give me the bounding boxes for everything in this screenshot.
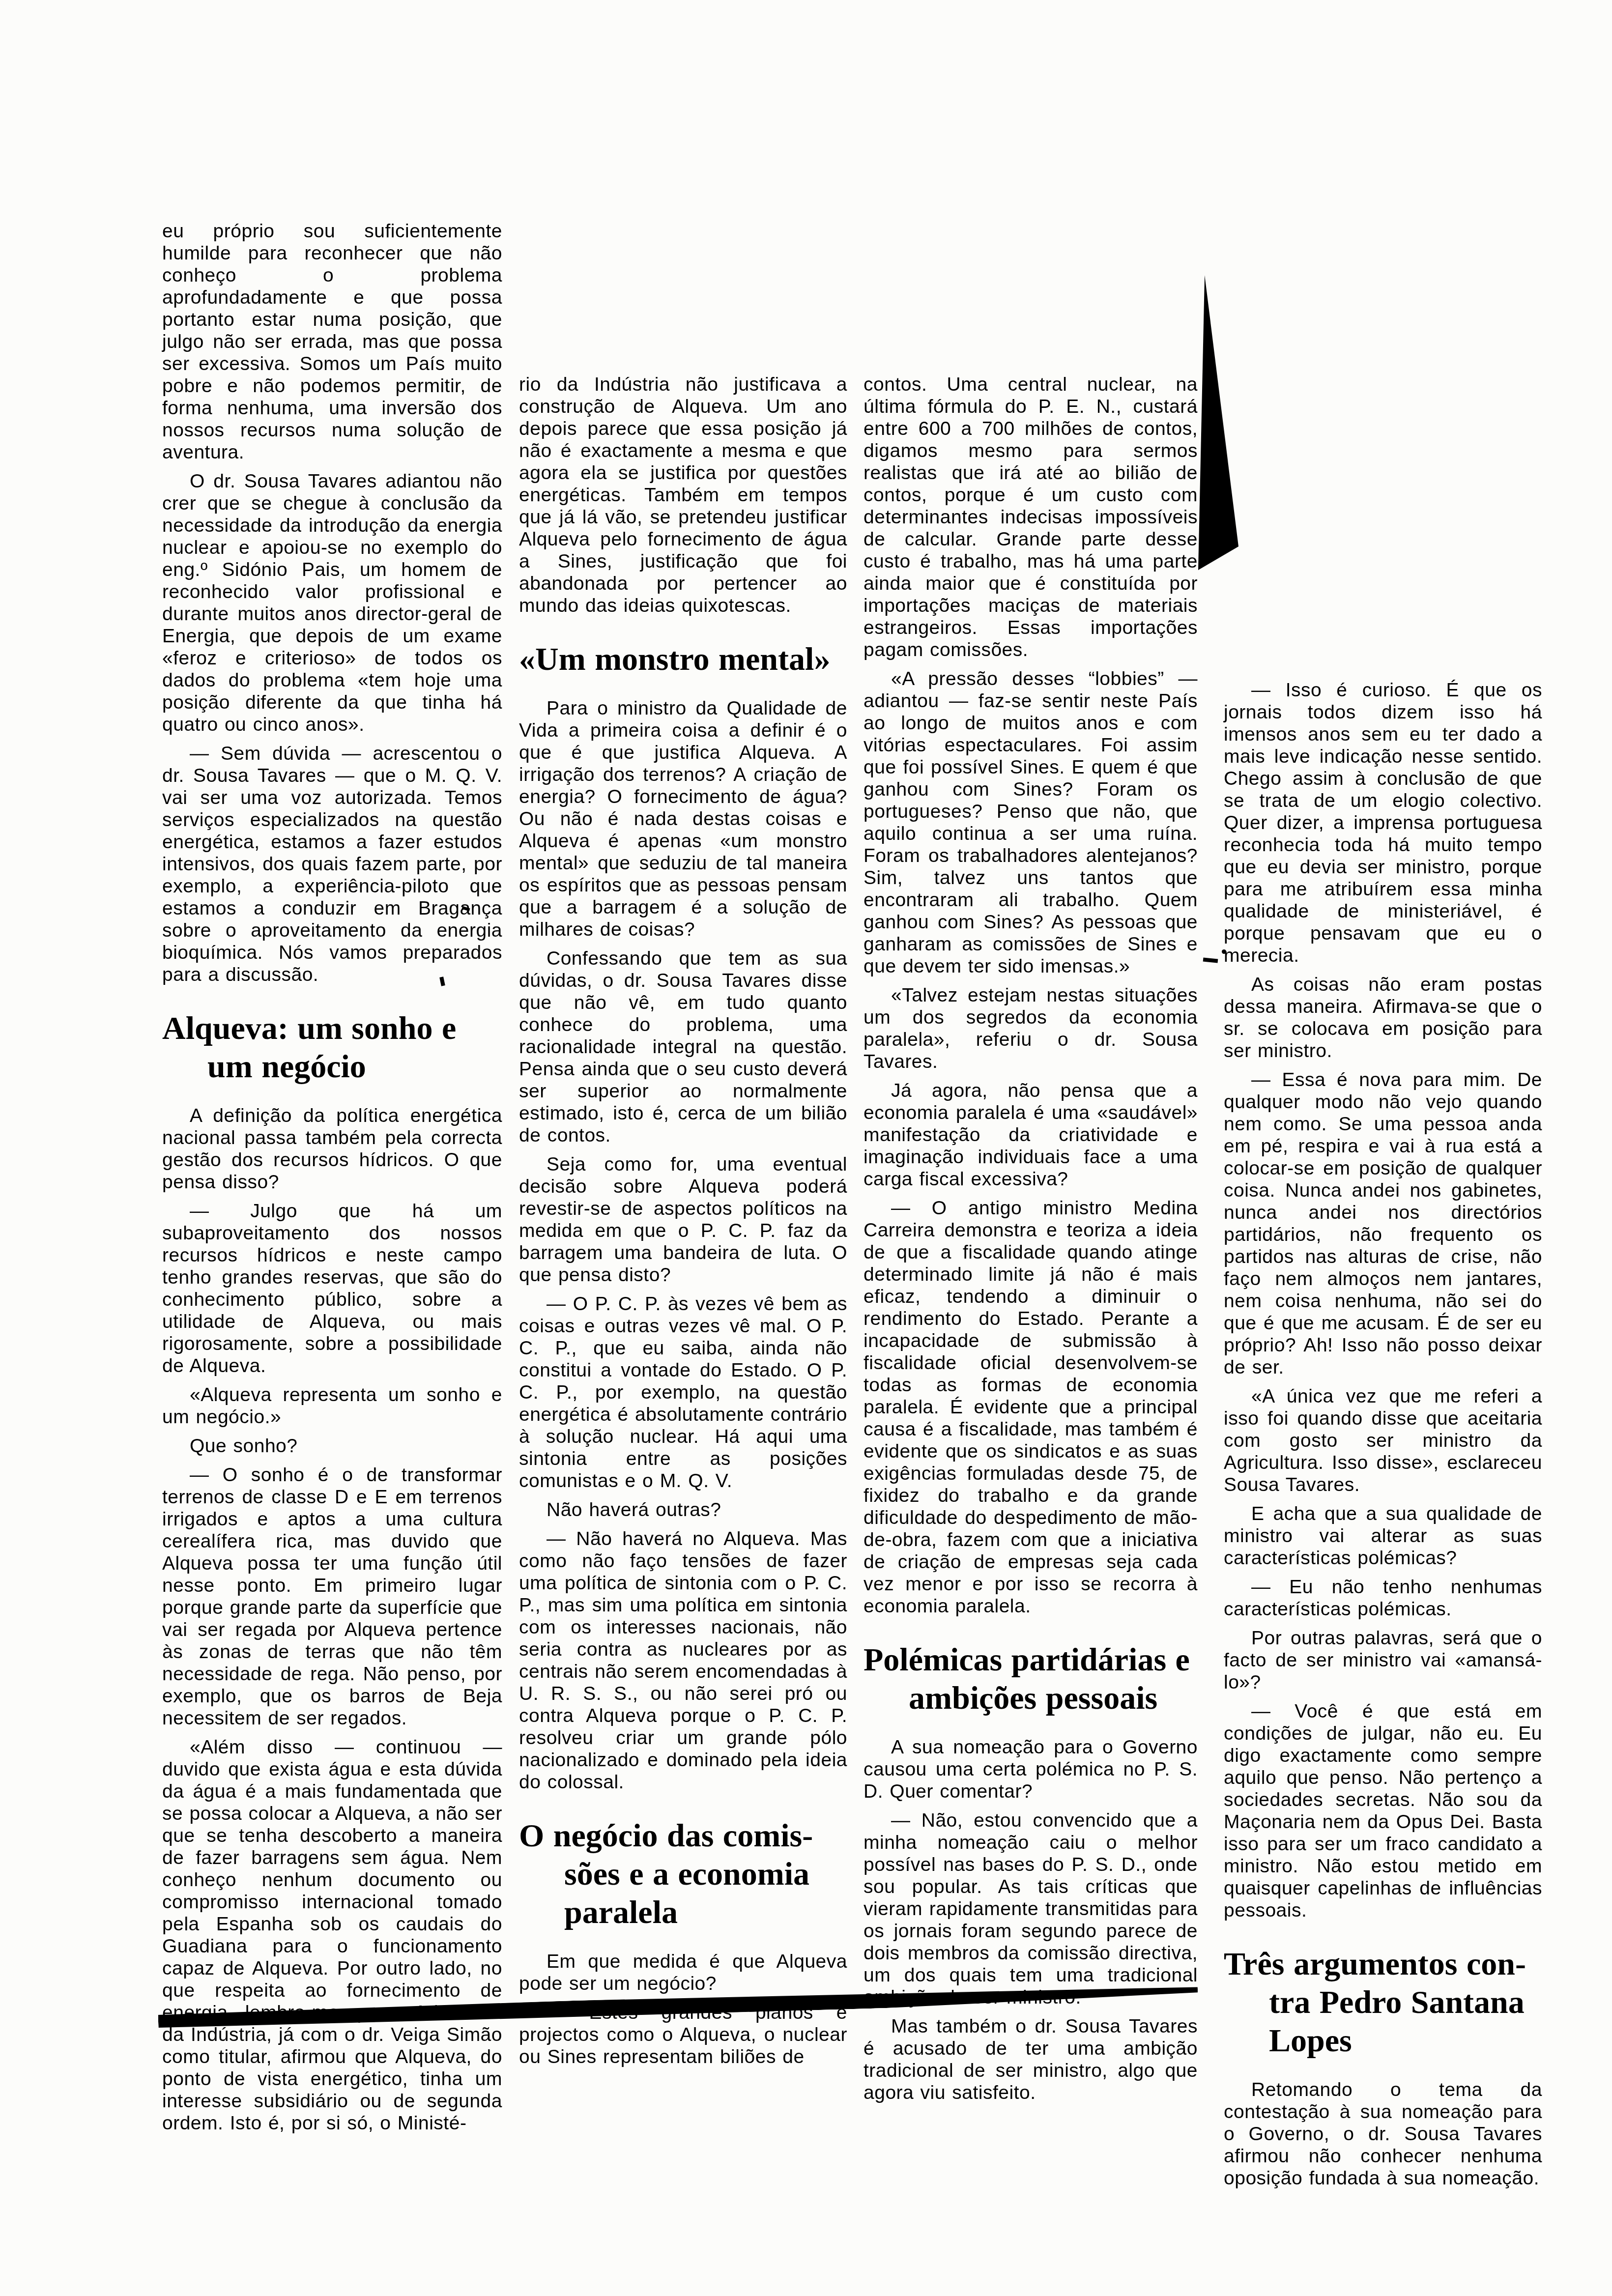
paragraph: Em que medida é que Alqueva pode ser um … xyxy=(519,1951,847,1995)
paragraph: — Não, estou convencido que a minha nome… xyxy=(864,1809,1198,2009)
column-3: contos. Uma central nuclear, na última f… xyxy=(864,373,1198,2111)
paragraph: «Alqueva representa um sonho e um negóci… xyxy=(162,1384,502,1428)
paragraph: — Isso é curioso. É que os jornais todos… xyxy=(1224,679,1542,967)
paragraph: — O P. C. P. às vezes vê bem as coisas e… xyxy=(519,1293,847,1492)
paragraph: Confessando que tem as sua dúvidas, o dr… xyxy=(519,947,847,1147)
paragraph: Mas também o dr. Sousa Tavares é acusado… xyxy=(864,2015,1198,2104)
paragraph: O dr. Sousa Tavares adiantou não crer qu… xyxy=(162,470,502,736)
paragraph: «Além disso — continuou — duvido que exi… xyxy=(162,1736,502,2134)
section-heading: «Um monstro mental» xyxy=(519,640,847,679)
paragraph: As coisas não eram postas dessa maneira.… xyxy=(1224,974,1542,1062)
section-heading: O negócio das comis­sões e a economia pa… xyxy=(519,1817,847,1932)
paragraph: — O antigo ministro Medina Carreira demo… xyxy=(864,1197,1198,1617)
section-heading: Polémicas partidárias e ambições pessoai… xyxy=(864,1641,1198,1718)
paragraph: — Julgo que há um subaproveitamento dos … xyxy=(162,1200,502,1377)
scan-ink-wedge-artifact xyxy=(1198,275,1238,570)
paragraph: Já agora, não pensa que a economia paral… xyxy=(864,1080,1198,1190)
column-1: eu próprio sou suficientemente humilde p… xyxy=(162,220,502,2141)
paragraph: rio da Indústria não justificava a const… xyxy=(519,373,847,617)
paragraph: — Não haverá no Alqueva. Mas como não fa… xyxy=(519,1528,847,1793)
paragraph: Para o ministro da Qualidade de Vida a p… xyxy=(519,697,847,941)
paragraph: Por outras palavras, será que o facto de… xyxy=(1224,1627,1542,1693)
paragraph: — Eu não tenho nenhumas características … xyxy=(1224,1576,1542,1620)
paragraph: «A única vez que me referi a isso foi qu… xyxy=(1224,1385,1542,1496)
paragraph: — Essa é nova para mim. De qualquer modo… xyxy=(1224,1069,1542,1378)
paragraph: contos. Uma central nuclear, na última f… xyxy=(864,373,1198,661)
paragraph: E acha que a sua qualidade de ministro v… xyxy=(1224,1503,1542,1569)
scan-speck-artifact xyxy=(1222,949,1226,954)
column-4: — Isso é curioso. É que os jornais todos… xyxy=(1224,679,1542,2196)
paragraph: «Talvez estejam nestas situações um dos … xyxy=(864,984,1198,1073)
paragraph: «A pressão desses “lobbies” — adiantou —… xyxy=(864,668,1198,977)
section-heading: Alqueva: um sonho e um negócio xyxy=(162,1009,502,1086)
section-heading: Três argumentos con­tra Pedro Santana Lo… xyxy=(1224,1945,1542,2060)
paragraph: — Sem dúvida — acrescentou o dr. Sousa T… xyxy=(162,743,502,986)
paragraph: A sua nomeação para o Governo causou uma… xyxy=(864,1736,1198,1803)
paragraph: Não haverá outras? xyxy=(519,1499,847,1521)
scan-speck-artifact xyxy=(1203,957,1218,963)
newspaper-page: eu próprio sou suficientemente humilde p… xyxy=(0,0,1612,2296)
column-2: rio da Indústria não justificava a const… xyxy=(519,373,847,2075)
paragraph: eu próprio sou suficientemente humilde p… xyxy=(162,220,502,463)
paragraph: A definição da política energética nacio… xyxy=(162,1105,502,1193)
paragraph: Que sonho? xyxy=(162,1435,502,1457)
paragraph: — O sonho é o de transformar terrenos de… xyxy=(162,1464,502,1729)
paragraph: Retomando o tema da contestação à sua no… xyxy=(1224,2079,1542,2189)
paragraph: Seja como for, uma eventual decisão sobr… xyxy=(519,1153,847,1286)
paragraph: — Você é que está em condições de julgar… xyxy=(1224,1700,1542,1922)
